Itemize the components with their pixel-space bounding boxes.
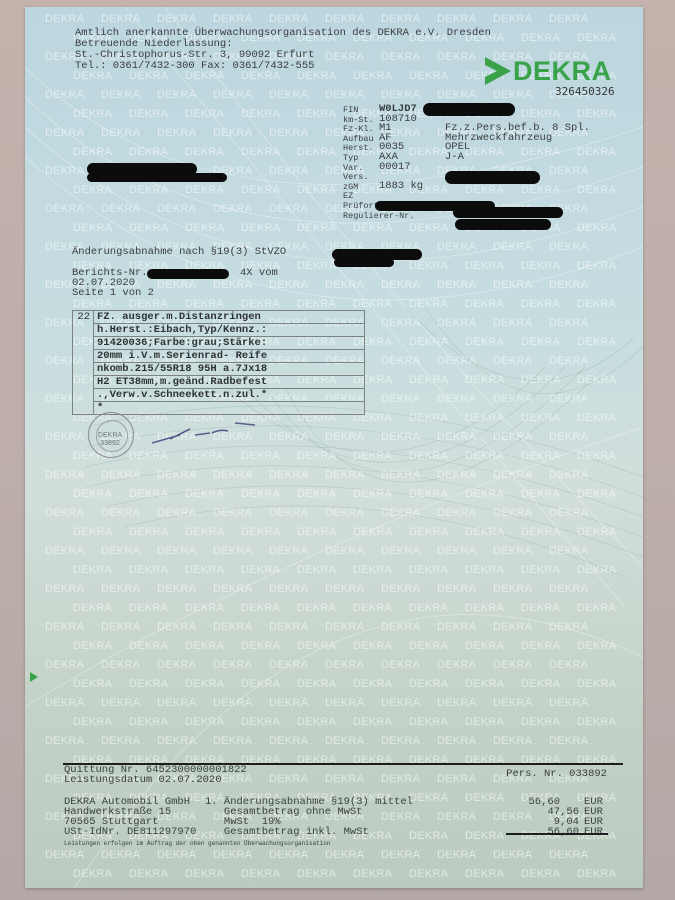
remark-line: nkomb.215/55R18 95H a.7Jx18 xyxy=(94,363,365,376)
redaction xyxy=(87,173,227,182)
signature xyxy=(150,419,260,449)
vehicle-field-value: 1883 kg xyxy=(379,181,423,193)
remark-line: 91420036;Farbe:grau;Stärke: xyxy=(94,337,365,350)
remark-row: 22FZ. ausger.m.Distanzringen xyxy=(73,311,365,324)
remarks-table: 22FZ. ausger.m.Distanzringenh.Herst.:Eib… xyxy=(72,310,365,415)
page-indicator: Seite 1 von 2 xyxy=(72,288,154,300)
remark-line: * xyxy=(94,402,365,415)
receipt-item-label: Gesamtbetrag inkl. MwSt xyxy=(205,827,369,839)
remark-line: H2 ET38mm,m.geänd.Radbefest xyxy=(94,376,365,389)
document-number: 326450326 xyxy=(555,85,615,98)
receipt-footnote: Leistungen erfolgen im Auftrag der oben … xyxy=(64,840,330,848)
dekra-triangle-icon xyxy=(483,55,513,87)
remark-line: .,Verw.v.Schneekett.n.zul.* xyxy=(94,389,365,402)
logo-wordmark: DEKRA xyxy=(513,56,612,87)
inspection-certificate: DEKRADEKRADEKRADEKRADEKRADEKRADEKRADEKRA… xyxy=(25,7,643,888)
stamp-brand: DEKRA xyxy=(98,432,122,439)
dekra-logo: DEKRA xyxy=(483,55,612,87)
stamp-text: DEKRA 33892 xyxy=(96,432,124,448)
stamp-number: 33892 xyxy=(100,440,119,447)
redaction xyxy=(334,258,394,267)
remark-row: H2 ET38mm,m.geänd.Radbefest xyxy=(73,376,365,389)
redaction xyxy=(445,171,540,184)
report-title: Änderungsabnahme nach §19(3) StVZO xyxy=(72,247,286,259)
remark-row: nkomb.215/55R18 95H a.7Jx18 xyxy=(73,363,365,376)
remark-row: 20mm i.V.m.Serienrad- Reife xyxy=(73,350,365,363)
remark-line: FZ. ausger.m.Distanzringen xyxy=(94,311,365,324)
redaction xyxy=(455,219,551,230)
remark-row: 91420036;Farbe:grau;Stärke: xyxy=(73,337,365,350)
report-number-suffix: 4X vom xyxy=(240,268,278,280)
remark-line: 20mm i.V.m.Serienrad- Reife xyxy=(94,350,365,363)
redaction xyxy=(423,103,515,116)
total-divider xyxy=(506,833,608,835)
service-date: Leistungsdatum 02.07.2020 xyxy=(64,775,222,787)
remark-row: .,Verw.v.Schneekett.n.zul.* xyxy=(73,389,365,402)
personnel-number: Pers. Nr. 033892 xyxy=(405,769,607,781)
branch-phone: Tel.: 0361/7432-300 Fax: 0361/7432-555 xyxy=(75,61,314,73)
redaction xyxy=(453,207,563,218)
vehicle-field-label: Regulierer-Nr. xyxy=(343,211,414,222)
redaction xyxy=(147,269,229,279)
company-line: USt-IdNr. DE811297970 xyxy=(64,827,196,839)
vehicle-field-value: 00017 xyxy=(379,162,411,174)
remark-line: h.Herst.:Eibach,Typ/Kennz.: xyxy=(94,324,365,337)
remark-row: h.Herst.:Eibach,Typ/Kennz.: xyxy=(73,324,365,337)
remark-number: 22 xyxy=(73,311,94,415)
vehicle-field-description: J-A xyxy=(445,152,464,164)
dekra-triangle-icon xyxy=(30,672,38,682)
